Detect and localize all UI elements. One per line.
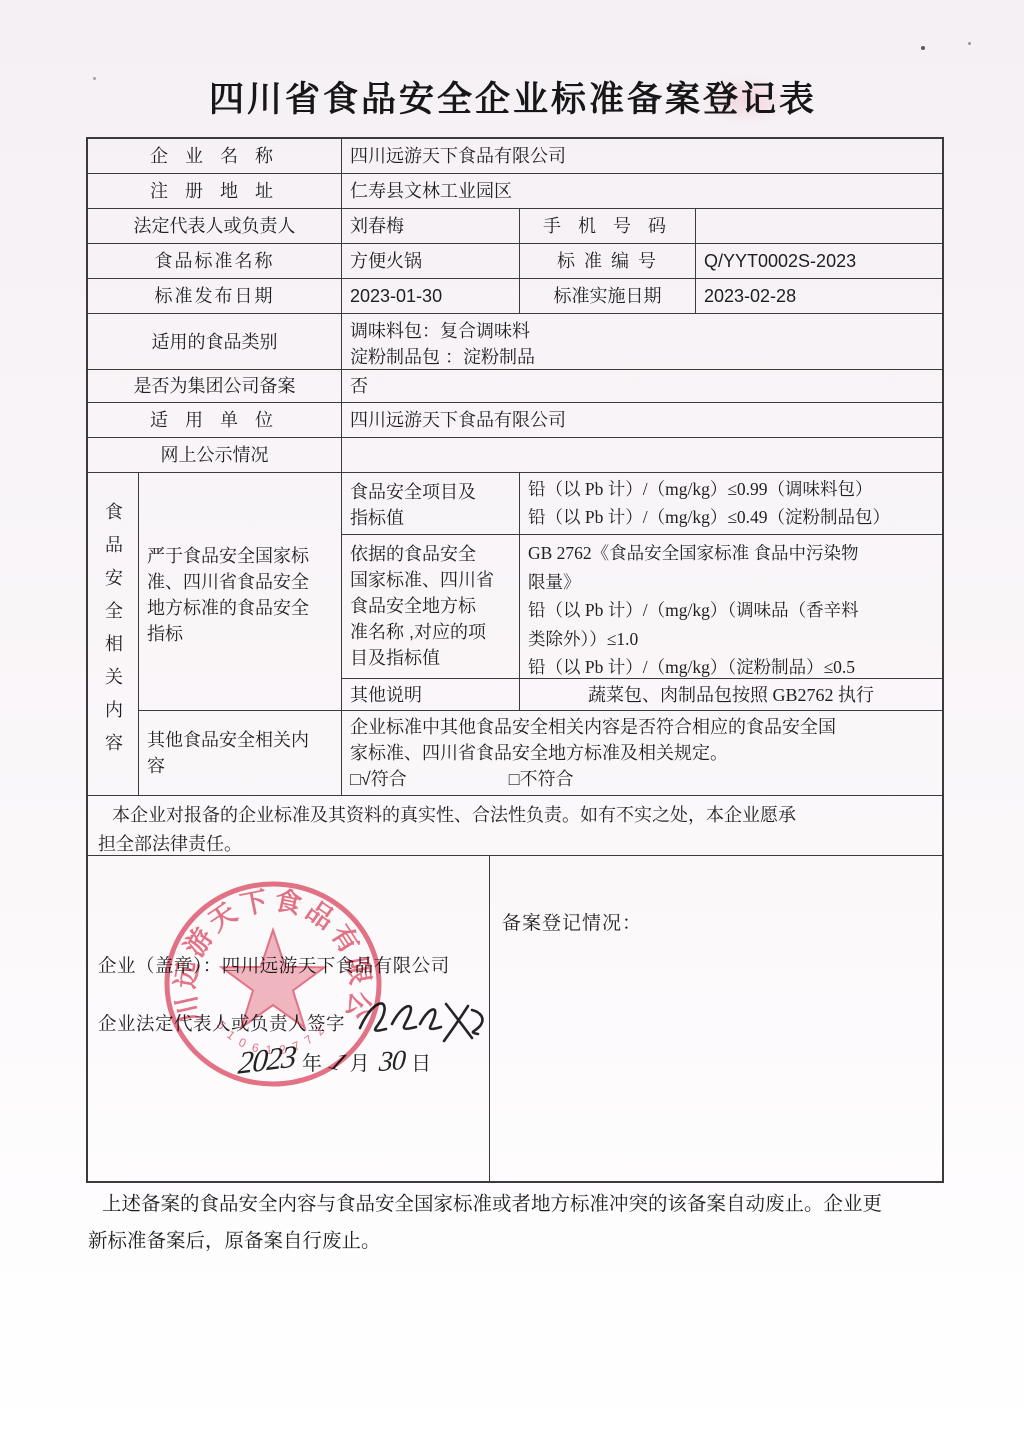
address-value: 仁寿县文林工业园区 [342,174,942,209]
legal-rep-value: 刘春梅 [342,209,520,244]
other-content-text: 企业标准中其他食品安全相关内容是否符合相应的食品安全国家标准、四川省食品安全地方… [350,714,934,766]
online-publicity-label: 网上公示情况 [88,438,342,473]
scan-speck [921,46,925,50]
implement-date-value: 2023-02-28 [696,279,942,314]
safety-items-value: 铅（以 Pb 计）/（mg/kg）≤0.99（调味料包）铅（以 Pb 计）/（m… [520,473,942,535]
group-filing-label: 是否为集团公司备案 [88,370,342,403]
standard-name-label: 食品标准名称 [88,244,342,279]
legal-rep-label: 法定代表人或负责人 [88,209,342,244]
other-content-label: 其他食品安全相关内容 [139,711,342,796]
standard-name-value: 方便火锅 [342,244,520,279]
company-name-value: 四川远游天下食品有限公司 [342,139,942,174]
seal-star-icon [222,930,325,1028]
checkbox-conform: □√符合 [350,769,407,789]
company-red-seal: 四川远游天下食品有限公司 510612772 [158,878,388,1090]
company-name-label: 企 业 名 称 [88,139,342,174]
seal-serial-number: 510612772 [214,1018,333,1057]
online-publicity-value [342,438,942,473]
safety-section-vertical-text: 食品安全相关内容 [101,502,125,766]
svg-text:510612772: 510612772 [214,1018,333,1057]
group-filing-value: 否 [342,370,942,403]
other-content-value: 企业标准中其他食品安全相关内容是否符合相应的食品安全国家标准、四川省食品安全地方… [342,711,942,796]
scanned-form-page: 四川省食品安全企业标准备案登记表 企 业 名 称 四川远游天下食品有限公司 注 … [0,0,1024,1447]
registration-status-cell: 备案登记情况： [490,856,942,1181]
safety-items-label: 食品安全项目及指标值 [342,473,520,535]
standard-no-value: Q/YYT0002S-2023 [696,244,942,279]
phone-label: 手 机 号 码 [520,209,696,244]
applicable-unit-value: 四川远游天下食品有限公司 [342,403,942,438]
publish-date-label: 标准发布日期 [88,279,342,314]
compliance-checkbox-row: □√符合□不符合 [350,766,934,792]
address-label: 注 册 地 址 [88,174,342,209]
declaration-text: 本企业对报备的企业标准及其资料的真实性、合法性负责。如有不实之处，本企业愿承担全… [88,796,942,856]
stamp-signature-cell: 企业（盖章）：四川远游天下食品有限公司 企业法定代表人或负责人签字 2023年 … [88,856,490,1181]
food-category-label: 适用的食品类别 [88,314,342,370]
registration-status-label: 备案登记情况： [502,912,642,936]
registration-table: 企 业 名 称 四川远游天下食品有限公司 注 册 地 址 仁寿县文林工业园区 法… [86,137,944,1183]
stricter-indicator-label: 严于食品安全国家标准、四川省食品安全地方标准的食品安全指标 [139,473,342,711]
phone-value [696,209,942,244]
scan-speck [968,42,971,45]
implement-date-label: 标准实施日期 [520,279,696,314]
other-note-label: 其他说明 [342,679,520,711]
day-unit: 日 [411,1053,431,1075]
food-category-value: 调味料包：复合调味料淀粉制品包 ：淀粉制品 [342,314,942,370]
applicable-unit-label: 适 用 单 位 [88,403,342,438]
basis-standard-label: 依据的食品安全国家标准、四川省食品安全地方标准名称 ,对应的项目及指标值 [342,535,520,679]
page-title: 四川省食品安全企业标准备案登记表 [86,74,940,126]
basis-standard-value: GB 2762《食品安全国家标准 食品中污染物限量》铅（以 Pb 计）/（mg/… [520,535,942,679]
checkbox-nonconform: □不符合 [509,769,574,789]
publish-date-value: 2023-01-30 [342,279,520,314]
footer-note: 上述备案的食品安全内容与食品安全国家标准或者地方标准冲突的该备案自动废止。企业更… [88,1186,944,1260]
safety-section-vertical-label: 食品安全相关内容 [88,473,139,796]
other-note-value: 蔬菜包、肉制品包按照 GB2762 执行 [520,679,942,711]
standard-no-label: 标 准 编 号 [520,244,696,279]
